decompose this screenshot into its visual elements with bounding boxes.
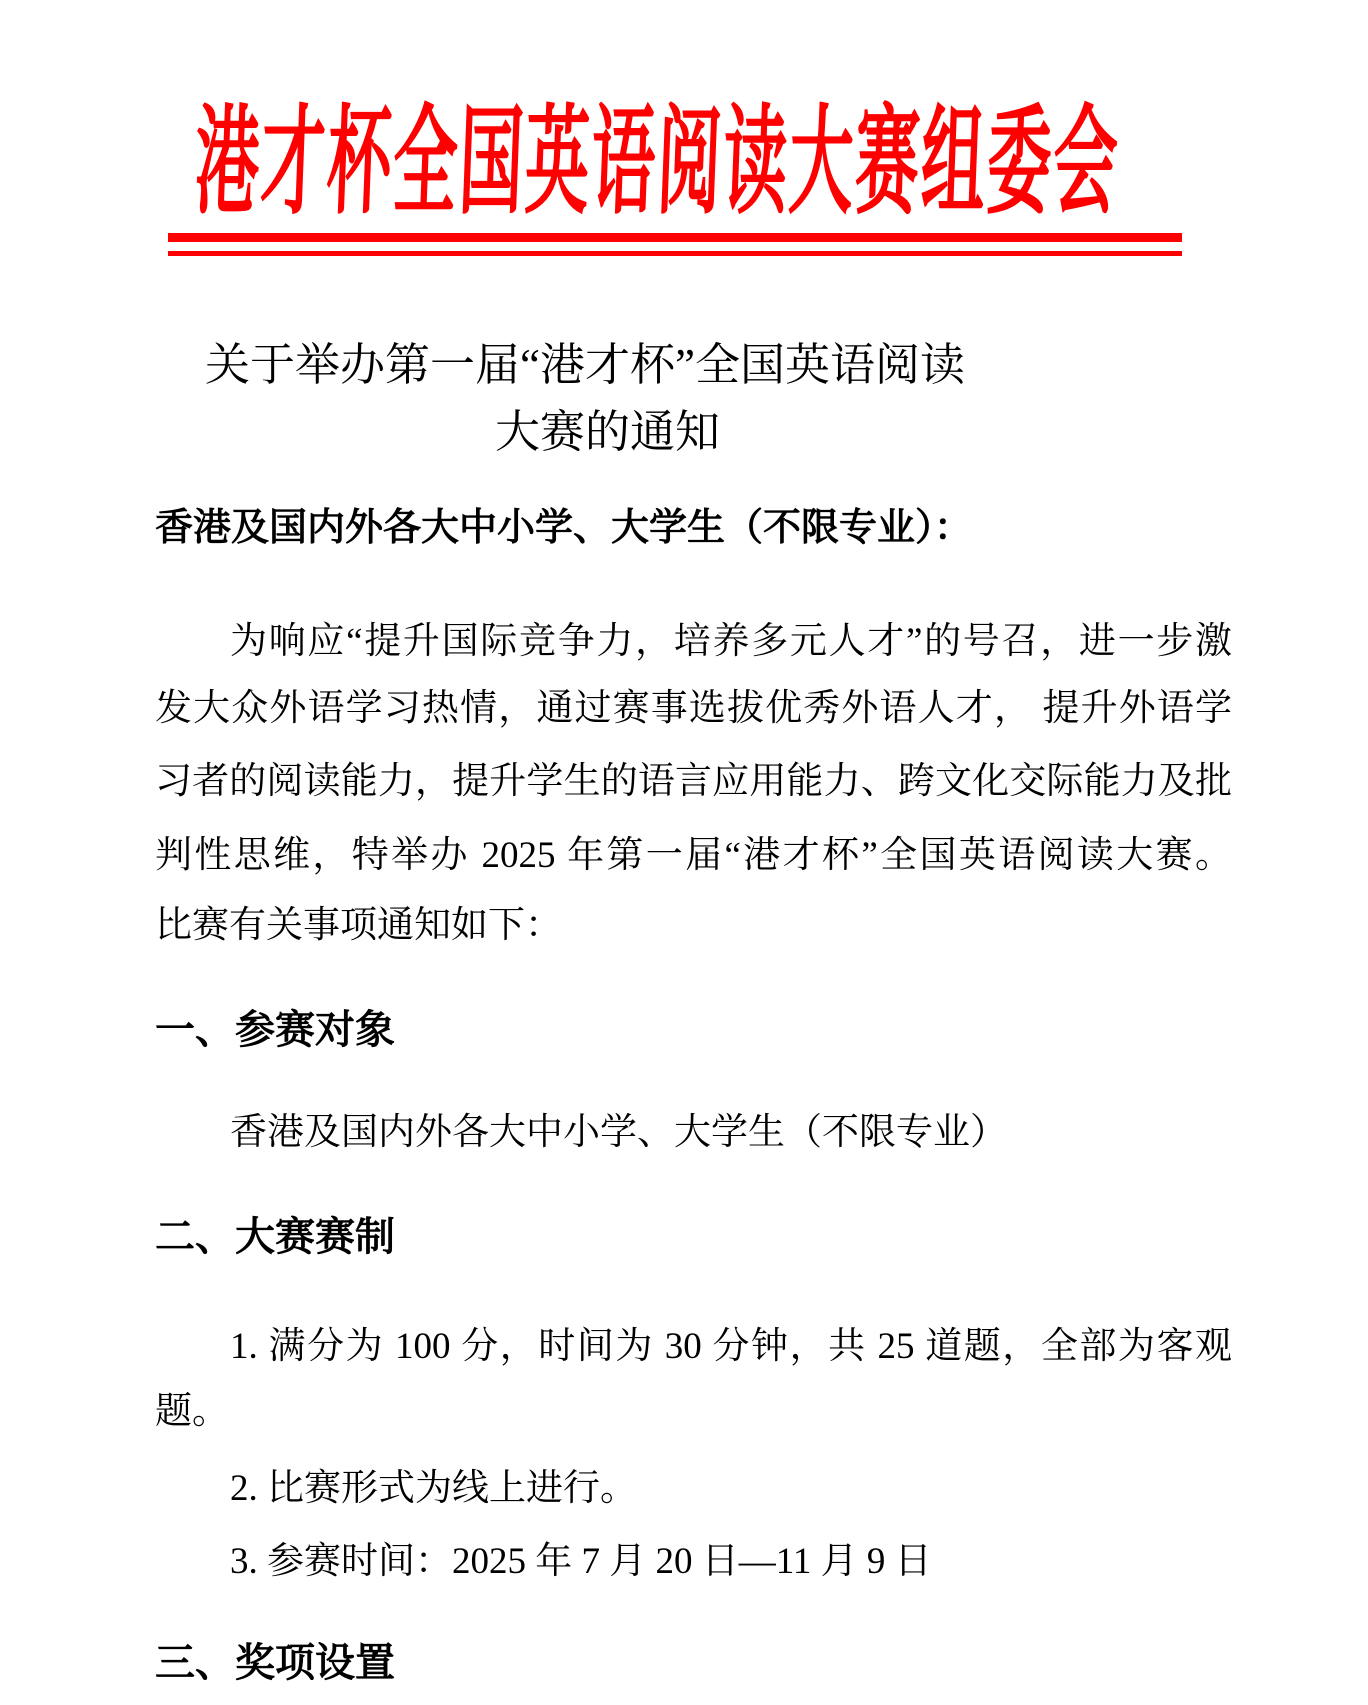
notice-document-page: 港才杯全国英语阅读大赛组委会 关于举办第一届“港才杯”全国英语阅读 大赛的通知 … [0,0,1368,1705]
section-heading-participants: 一、参赛对象 [155,1005,395,1055]
section-heading-format: 二、大赛赛制 [155,1212,395,1262]
intro-paragraph-line: 习者的阅读能力，提升学生的语言应用能力、跨文化交际能力及批 [155,759,1232,805]
section-heading-awards: 三、奖项设置 [155,1638,395,1688]
format-item-3: 3. 参赛时间：2025 年 7 月 20 日—11 月 9 日 [230,1539,932,1585]
notice-title-line-1: 关于举办第一届“港才杯”全国英语阅读 [205,337,965,393]
intro-paragraph-line: 为响应“提升国际竞争力，培养多元人才”的号召，进一步激 [230,619,1232,665]
section-participants-body: 香港及国内外各大中小学、大学生（不限专业） [230,1110,1007,1156]
notice-title-line-2: 大赛的通知 [495,404,720,460]
intro-paragraph-line: 判性思维，特举办 2025 年第一届“港才杯”全国英语阅读大赛。 [155,833,1232,879]
format-item-1-line-2: 题。 [155,1389,229,1435]
banner-divider-thin-rule [168,251,1182,256]
salutation-line: 香港及国内外各大中小学、大学生（不限专业）： [155,504,972,552]
format-item-1-line-1: 1. 满分为 100 分，时间为 30 分钟，共 25 道题，全部为客观 [230,1324,1232,1370]
intro-paragraph-line: 发大众外语学习热情，通过赛事选拔优秀外语人才， 提升外语学 [155,686,1232,732]
intro-paragraph-line: 比赛有关事项通知如下： [155,903,562,949]
banner-divider-thick-rule [168,233,1182,242]
organization-banner-title: 港才杯全国英语阅读大赛组委会 [193,105,1121,223]
format-item-2: 2. 比赛形式为线上进行。 [230,1466,637,1512]
